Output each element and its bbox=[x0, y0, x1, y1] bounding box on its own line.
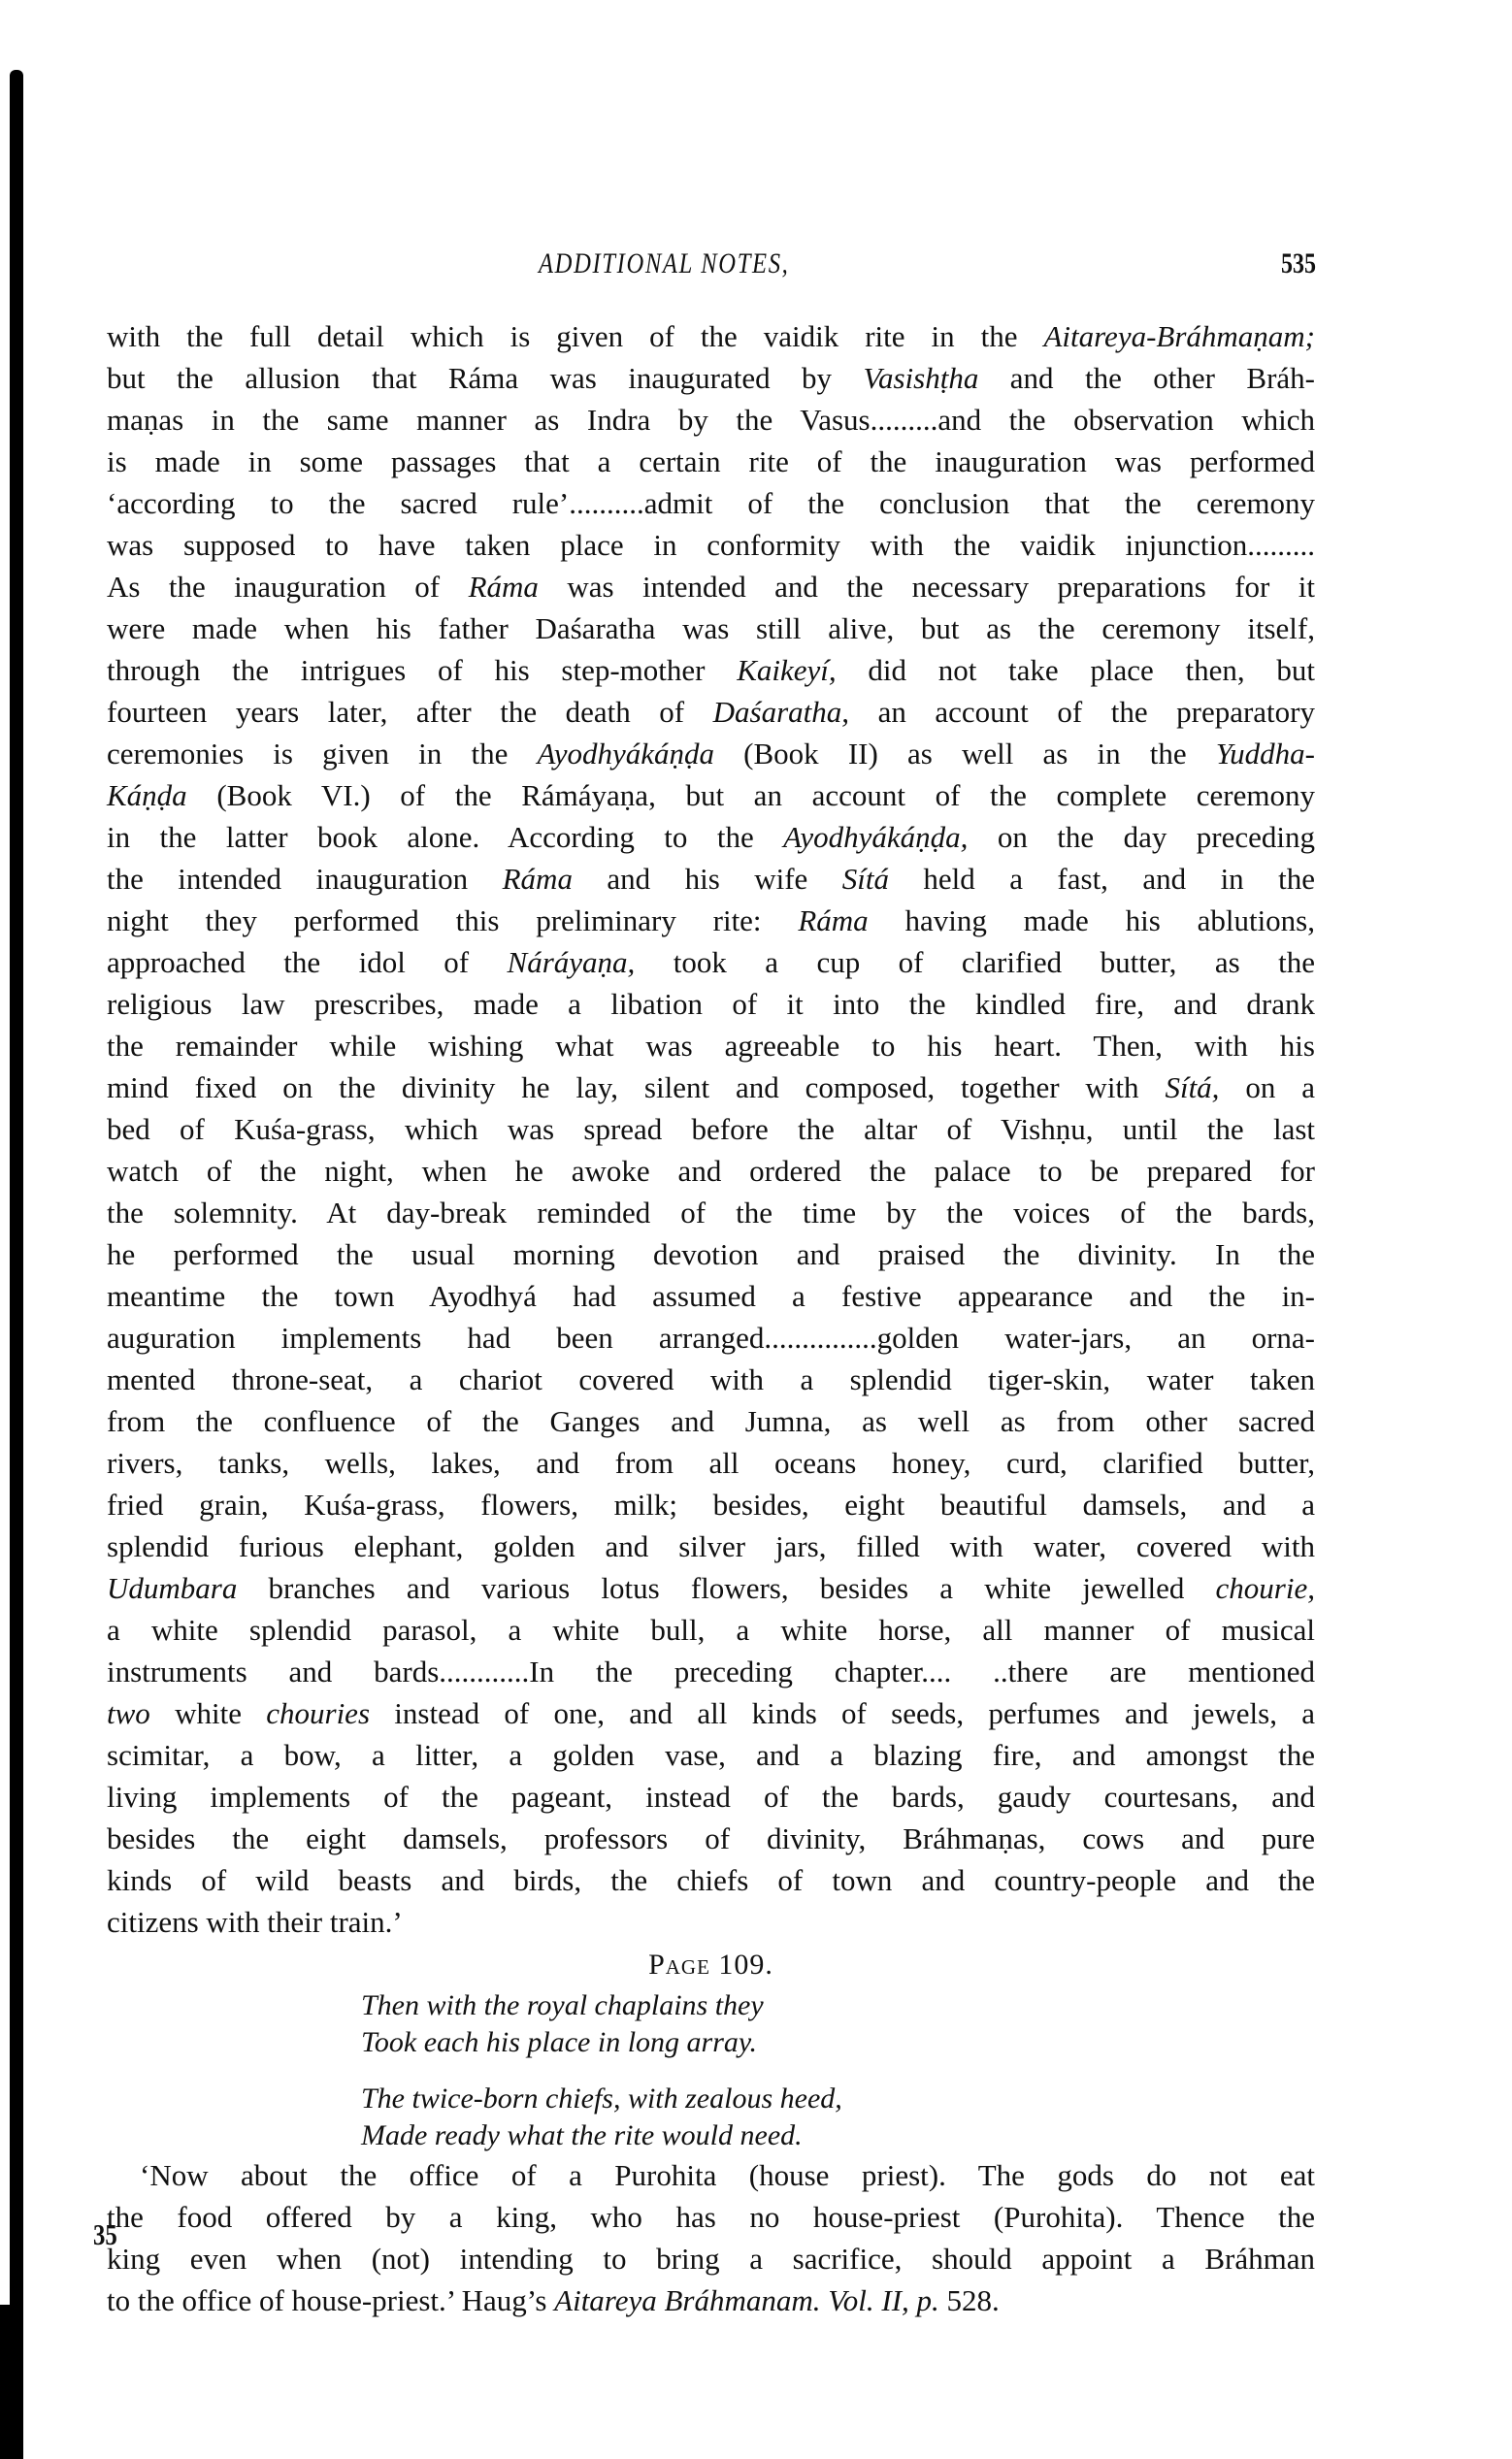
text-line: with the full detail which is given of t… bbox=[107, 315, 1315, 357]
text-run: white bbox=[150, 1696, 266, 1730]
italic-text: Udumbara bbox=[107, 1571, 237, 1605]
text-run: a white splendid parasol, a white bull, … bbox=[107, 1613, 1315, 1647]
italic-text: Náráyaṇa, bbox=[508, 945, 636, 979]
text-line: religious law prescribes, made a libatio… bbox=[107, 983, 1315, 1025]
text-run: took a cup of clarified butter, as the bbox=[635, 945, 1315, 979]
text-run: kinds of wild beasts and birds, the chie… bbox=[107, 1863, 1315, 1897]
text-line: fried grain, Kuśa-grass, flowers, milk; … bbox=[107, 1484, 1315, 1525]
text-run: rivers, tanks, wells, lakes, and from al… bbox=[107, 1446, 1315, 1480]
italic-text: Ráma bbox=[503, 862, 573, 896]
text-run: an account of the preparatory bbox=[849, 695, 1315, 729]
text-line: two white chouries instead of one, and a… bbox=[107, 1692, 1315, 1734]
text-line: the solemnity. At day-break reminded of … bbox=[107, 1192, 1315, 1233]
verse-line: The twice-born chiefs, with zealous heed… bbox=[361, 2081, 1315, 2117]
text-run: was intended and the necessary preparati… bbox=[539, 570, 1315, 604]
text-run: besides the eight damsels, professors of… bbox=[107, 1821, 1315, 1855]
text-run: the food offered by a king, who has no h… bbox=[107, 2200, 1315, 2234]
text-run: meantime the town Ayodhyá had assumed a … bbox=[107, 1279, 1315, 1313]
text-line: through the intrigues of his step-mother… bbox=[107, 649, 1315, 691]
text-run: on the day preceding bbox=[968, 820, 1315, 854]
section-heading: Page 109. bbox=[107, 1943, 1315, 1987]
text-run: in the latter book alone. According to t… bbox=[107, 820, 783, 854]
text-run: maṇas in the same manner as Indra by the… bbox=[107, 403, 1315, 437]
text-line: approached the idol of Náráyaṇa, took a … bbox=[107, 941, 1315, 983]
text-line: night they performed this preliminary ri… bbox=[107, 900, 1315, 941]
text-run: fried grain, Kuśa-grass, flowers, milk; … bbox=[107, 1488, 1315, 1522]
main-paragraph: with the full detail which is given of t… bbox=[107, 315, 1315, 1943]
text-run: branches and various lotus flowers, besi… bbox=[237, 1571, 1215, 1605]
body-text: with the full detail which is given of t… bbox=[107, 315, 1315, 2321]
text-run: ‘Now about the office of a Purohita (hou… bbox=[140, 2158, 1315, 2192]
text-run: night they performed this preliminary ri… bbox=[107, 903, 798, 937]
text-line: but the allusion that Ráma was inaugurat… bbox=[107, 357, 1315, 399]
italic-text: Ayodhyákáṇḍa bbox=[538, 737, 715, 770]
text-line: besides the eight damsels, professors of… bbox=[107, 1818, 1315, 1859]
text-run: and the other Bráh- bbox=[978, 361, 1315, 395]
text-line: citizens with their train.’ bbox=[107, 1901, 1315, 1943]
scan-binding-shadow-lower bbox=[0, 2305, 23, 2459]
text-run: to the office of house-priest.’ Haug’s bbox=[107, 2283, 554, 2317]
italic-text: Kaikeyí, bbox=[737, 653, 836, 687]
text-run: approached the idol of bbox=[107, 945, 508, 979]
text-run: instead of one, and all kinds of seeds, … bbox=[370, 1696, 1315, 1730]
italic-text: Daśaratha, bbox=[713, 695, 849, 729]
text-run: through the intrigues of his step-mother bbox=[107, 653, 737, 687]
quotation-paragraph: ‘Now about the office of a Purohita (hou… bbox=[107, 2154, 1315, 2321]
text-run: (Book II) as well as in the bbox=[714, 737, 1216, 770]
text-line: ceremonies is given in the Ayodhyákáṇḍa … bbox=[107, 733, 1315, 774]
text-run: mented throne-seat, a chariot covered wi… bbox=[107, 1362, 1315, 1396]
text-line: splendid furious elephant, golden and si… bbox=[107, 1525, 1315, 1567]
text-line: were made when his father Daśaratha was … bbox=[107, 607, 1315, 649]
section-heading-text: Page 109. bbox=[648, 1949, 773, 1981]
text-run: but the allusion that Ráma was inaugurat… bbox=[107, 361, 863, 395]
italic-text: Vasishṭha bbox=[863, 361, 978, 395]
text-run: 528. bbox=[939, 2283, 1000, 2317]
text-line: As the inauguration of Ráma was intended… bbox=[107, 566, 1315, 607]
text-run: the remainder while wishing what was agr… bbox=[107, 1029, 1315, 1063]
text-run: the solemnity. At day-break reminded of … bbox=[107, 1196, 1315, 1229]
text-line: from the confluence of the Ganges and Ju… bbox=[107, 1400, 1315, 1442]
text-run: watch of the night, when he awoke and or… bbox=[107, 1154, 1315, 1188]
verse-line: Took each his place in long array. bbox=[361, 2024, 1315, 2061]
text-line: in the latter book alone. According to t… bbox=[107, 816, 1315, 858]
running-head: ADDITIONAL NOTES, 535 bbox=[107, 247, 1315, 286]
italic-text: Sítá bbox=[842, 862, 889, 896]
text-run: mind fixed on the divinity he lay, silen… bbox=[107, 1070, 1165, 1104]
text-line: was supposed to have taken place in conf… bbox=[107, 524, 1315, 566]
text-run: bed of Kuśa-grass, which was spread befo… bbox=[107, 1112, 1315, 1146]
text-line: ‘Now about the office of a Purohita (hou… bbox=[107, 2154, 1315, 2196]
italic-text: Káṇḍa bbox=[107, 778, 187, 812]
signature-mark: 35 bbox=[93, 2217, 117, 2252]
text-run: did not take place then, but bbox=[837, 653, 1315, 687]
italic-text: two bbox=[107, 1696, 150, 1730]
text-line: kinds of wild beasts and birds, the chie… bbox=[107, 1859, 1315, 1901]
text-run: on a bbox=[1219, 1070, 1315, 1104]
text-run: splendid furious elephant, golden and si… bbox=[107, 1529, 1315, 1563]
text-run: and his wife bbox=[573, 862, 842, 896]
italic-text: Ayodhyákáṇḍa, bbox=[783, 820, 968, 854]
italic-text: chourie, bbox=[1216, 1571, 1315, 1605]
verse-line: Made ready what the rite would need. bbox=[361, 2117, 1315, 2154]
text-run: king even when (not) intending to bring … bbox=[107, 2242, 1315, 2276]
italic-text: chouries bbox=[266, 1696, 370, 1730]
text-run: with the full detail which is given of t… bbox=[107, 319, 1043, 353]
text-line: maṇas in the same manner as Indra by the… bbox=[107, 399, 1315, 441]
text-line: the food offered by a king, who has no h… bbox=[107, 2196, 1315, 2238]
page-number: 535 bbox=[1281, 247, 1316, 280]
text-line: scimitar, a bow, a litter, a golden vase… bbox=[107, 1734, 1315, 1776]
text-line: meantime the town Ayodhyá had assumed a … bbox=[107, 1275, 1315, 1317]
italic-text: Ráma bbox=[798, 903, 868, 937]
text-run: scimitar, a bow, a litter, a golden vase… bbox=[107, 1738, 1315, 1772]
text-run: were made when his father Daśaratha was … bbox=[107, 611, 1315, 645]
text-run: citizens with their train.’ bbox=[107, 1905, 403, 1939]
text-run: having made his ablutions, bbox=[869, 903, 1315, 937]
italic-text: Ráma bbox=[469, 570, 539, 604]
text-run: religious law prescribes, made a libatio… bbox=[107, 987, 1315, 1021]
verse-line: Then with the royal chaplains they bbox=[361, 1987, 1315, 2024]
text-run: was supposed to have taken place in conf… bbox=[107, 528, 1315, 562]
text-line: rivers, tanks, wells, lakes, and from al… bbox=[107, 1442, 1315, 1484]
text-run: ceremonies is given in the bbox=[107, 737, 538, 770]
text-line: the remainder while wishing what was agr… bbox=[107, 1025, 1315, 1066]
text-run: fourteen years later, after the death of bbox=[107, 695, 713, 729]
running-title: ADDITIONAL NOTES, bbox=[539, 247, 789, 280]
italic-text: Sítá, bbox=[1165, 1070, 1219, 1104]
text-run: is made in some passages that a certain … bbox=[107, 444, 1315, 478]
text-line: instruments and bards............In the … bbox=[107, 1651, 1315, 1692]
text-run: living implements of the pageant, instea… bbox=[107, 1780, 1315, 1814]
text-run: held a fast, and in the bbox=[889, 862, 1315, 896]
text-line: watch of the night, when he awoke and or… bbox=[107, 1150, 1315, 1192]
italic-text: Aitareya-Bráhmaṇam; bbox=[1043, 319, 1315, 353]
italic-text: Aitareya Bráhmanam. Vol. II, p. bbox=[554, 2283, 939, 2317]
text-line: Udumbara branches and various lotus flow… bbox=[107, 1567, 1315, 1609]
text-run: from the confluence of the Ganges and Ju… bbox=[107, 1404, 1315, 1438]
text-line: is made in some passages that a certain … bbox=[107, 441, 1315, 482]
text-line: auguration implements had been arranged.… bbox=[107, 1317, 1315, 1359]
verse-block: Then with the royal chaplains they Took … bbox=[107, 1987, 1315, 2154]
text-line: bed of Kuśa-grass, which was spread befo… bbox=[107, 1108, 1315, 1150]
text-run: (Book VI.) of the Rámáyaṇa, but an accou… bbox=[187, 778, 1315, 812]
text-line: to the office of house-priest.’ Haug’s A… bbox=[107, 2279, 1315, 2321]
text-line: Káṇḍa (Book VI.) of the Rámáyaṇa, but an… bbox=[107, 774, 1315, 816]
text-line: a white splendid parasol, a white bull, … bbox=[107, 1609, 1315, 1651]
text-run: the intended inauguration bbox=[107, 862, 503, 896]
text-line: fourteen years later, after the death of… bbox=[107, 691, 1315, 733]
text-line: ‘according to the sacred rule’..........… bbox=[107, 482, 1315, 524]
text-line: mind fixed on the divinity he lay, silen… bbox=[107, 1066, 1315, 1108]
italic-text: Yuddha- bbox=[1216, 737, 1315, 770]
text-line: he performed the usual morning devotion … bbox=[107, 1233, 1315, 1275]
text-line: mented throne-seat, a chariot covered wi… bbox=[107, 1359, 1315, 1400]
text-line: king even when (not) intending to bring … bbox=[107, 2238, 1315, 2279]
scan-binding-shadow bbox=[10, 70, 23, 2459]
text-run: As the inauguration of bbox=[107, 570, 469, 604]
text-run: instruments and bards............In the … bbox=[107, 1655, 1315, 1689]
text-run: he performed the usual morning devotion … bbox=[107, 1237, 1315, 1271]
text-run: ‘according to the sacred rule’..........… bbox=[107, 486, 1315, 520]
text-line: living implements of the pageant, instea… bbox=[107, 1776, 1315, 1818]
text-line: the intended inauguration Ráma and his w… bbox=[107, 858, 1315, 900]
text-run: auguration implements had been arranged.… bbox=[107, 1321, 1315, 1355]
